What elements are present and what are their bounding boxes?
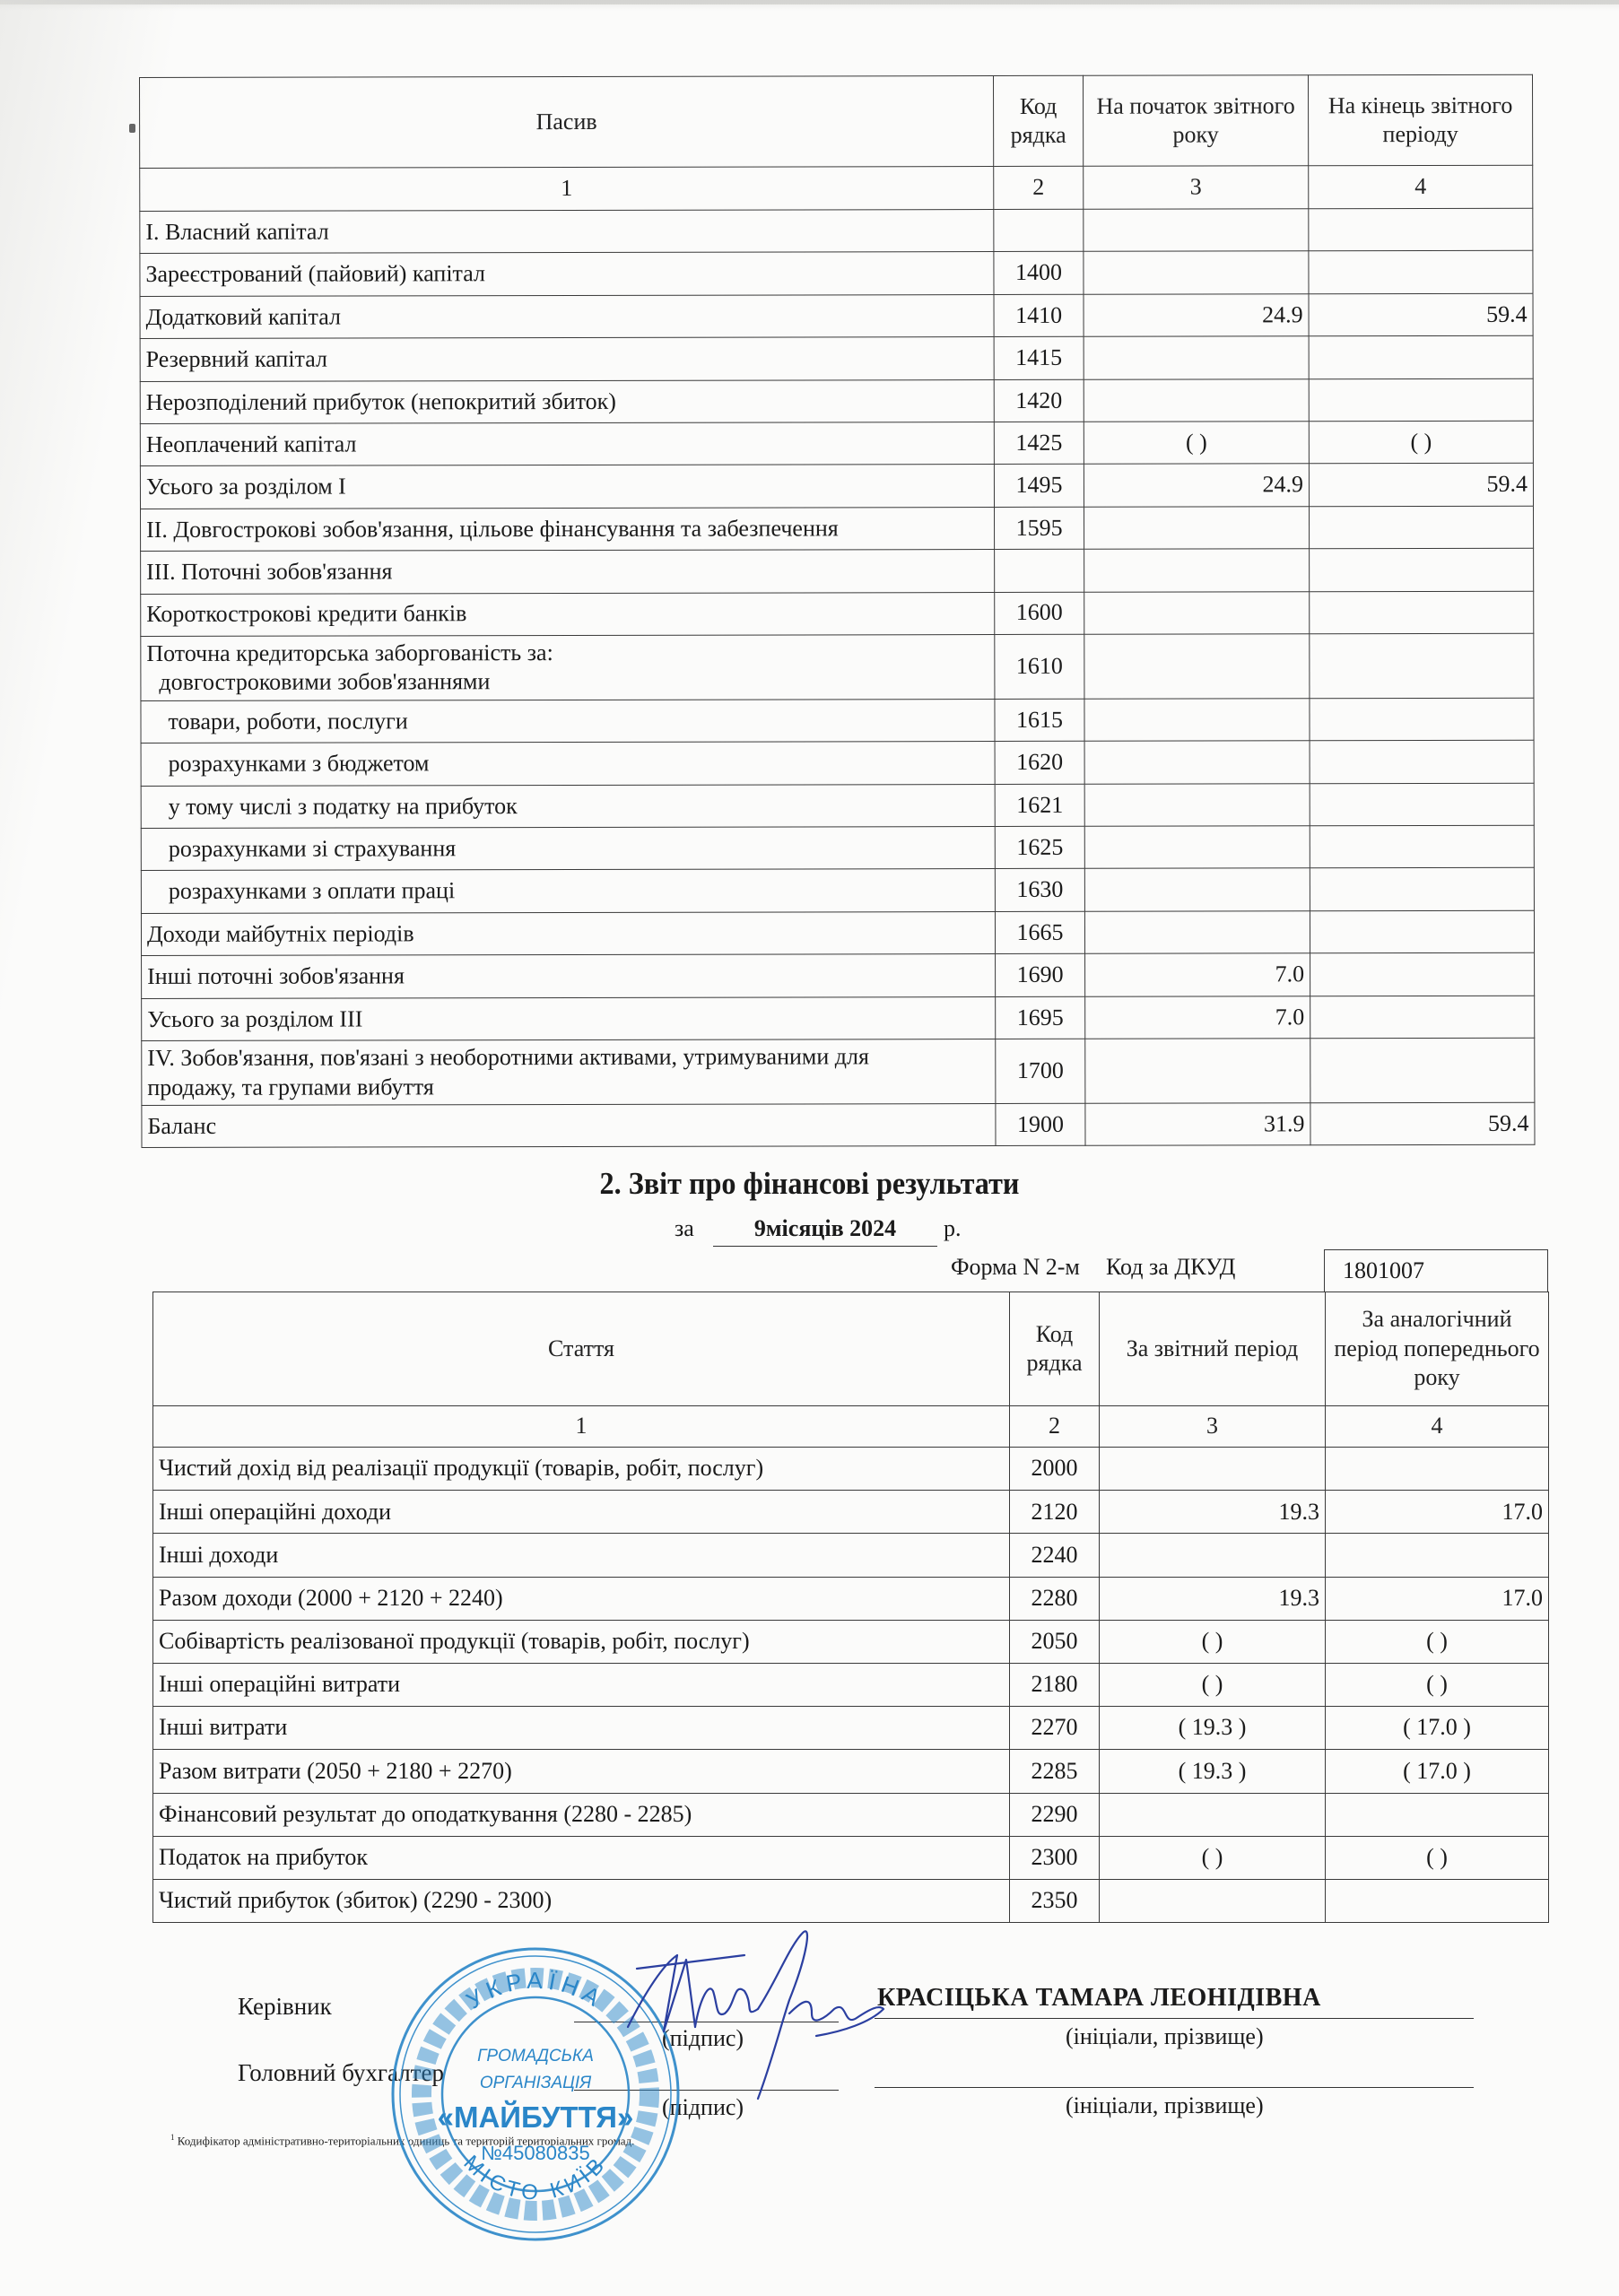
dkud-code: 1801007	[1324, 1249, 1548, 1291]
row-name: Баланс	[142, 1104, 996, 1148]
row-code: 2120	[1010, 1491, 1100, 1534]
table-row: II. Довгострокові зобов'язання, цільове …	[141, 506, 1534, 552]
header-start-of-year: На початок звітного року	[1083, 75, 1308, 167]
table-row: Баланс190031.959.4	[142, 1102, 1535, 1148]
dkud-label: Код за ДКУД	[1106, 1254, 1235, 1281]
director-signature	[610, 1928, 897, 2152]
row-name-text: Усього за розділом III	[147, 1005, 362, 1032]
row-name: IV. Зобов'язання, пов'язані з необоротни…	[142, 1039, 996, 1106]
row-name: Інші операційні витрати	[153, 1663, 1010, 1706]
row-code: 2290	[1010, 1793, 1100, 1836]
row-name: Усього за розділом III	[142, 996, 996, 1040]
form-number: Форма N 2-м	[951, 1254, 1080, 1281]
table-row: Разом витрати (2050 + 2180 + 2270)2285( …	[153, 1750, 1549, 1793]
table-row: Зареєстрований (пайовий) капітал1400	[140, 251, 1533, 297]
value-end-of-period	[1310, 1038, 1535, 1103]
row-name: Разом витрати (2050 + 2180 + 2270)	[153, 1750, 1010, 1793]
row-name-text: Неоплачений капітал	[146, 430, 357, 457]
value-start-of-year	[1084, 783, 1310, 826]
table-row: розрахунками зі страхування1625	[141, 825, 1534, 871]
value-end-of-period	[1309, 251, 1533, 294]
row-code: 1665	[995, 911, 1084, 954]
table-row: Резервний капітал1415	[140, 335, 1533, 381]
stamp-line1: ГРОМАДСЬКА	[477, 2047, 594, 2066]
row-name-text: розрахунками з бюджетом	[169, 751, 430, 778]
row-name: Неоплачений капітал	[140, 422, 994, 465]
row-code: 2300	[1010, 1836, 1100, 1879]
value-previous-year: ( 17.0 )	[1326, 1750, 1549, 1793]
row-code: 2000	[1010, 1448, 1100, 1491]
row-name: Додатковий капітал	[140, 294, 994, 338]
value-end-of-period	[1309, 378, 1533, 422]
value-end-of-period	[1310, 506, 1534, 549]
row-name: розрахунками з оплати праці	[141, 869, 995, 913]
row-code: 1700	[996, 1039, 1085, 1103]
director-name-caption: (ініціали, прізвище)	[1066, 2023, 1264, 2050]
value-end-of-period	[1310, 825, 1534, 868]
table-row: Податок на прибуток2300( )( )	[153, 1836, 1549, 1879]
income-statement-title: 2. Звіт про фінансові результати	[65, 1166, 1554, 1202]
period-value: 9місяців 2024	[713, 1215, 937, 1247]
value-current-period: ( 19.3 )	[1100, 1707, 1326, 1750]
value-end-of-period	[1310, 996, 1535, 1039]
table-row: Інші витрати2270( 19.3 )( 17.0 )	[153, 1707, 1549, 1750]
row-name-text: у тому числі з податку на прибуток	[169, 793, 518, 820]
row-code: 1400	[994, 252, 1084, 295]
value-end-of-period	[1310, 783, 1534, 826]
table-row: Доходи майбутніх періодів1665	[141, 910, 1534, 956]
row-code: 1630	[995, 869, 1084, 912]
row-name-text: Короткострокові кредити банків	[146, 601, 466, 628]
table-row: Нерозподілений прибуток (непокритий збит…	[140, 378, 1533, 424]
row-name: у тому числі з податку на прибуток	[141, 784, 995, 828]
row-name: Інші операційні доходи	[153, 1491, 1010, 1534]
header-end-of-period: На кінець звітного періоду	[1308, 74, 1532, 166]
row-name: товари, роботи, послуги	[141, 699, 995, 743]
row-code: 1410	[994, 294, 1084, 337]
row-name: Собівартість реалізованої продукції (тов…	[153, 1620, 1010, 1663]
value-start-of-year	[1084, 378, 1309, 422]
row-name-text: Доходи майбутніх періодів	[147, 920, 414, 947]
row-code: 2180	[1010, 1663, 1100, 1706]
column-number: 4	[1309, 165, 1533, 209]
row-name: Усього за розділом I	[140, 465, 994, 509]
table-row: Усього за розділом I149524.959.4	[140, 464, 1533, 509]
value-end-of-period	[1310, 952, 1535, 996]
header-current-period: За звітний період	[1100, 1292, 1326, 1406]
table-row: Короткострокові кредити банків1600	[141, 591, 1534, 637]
value-current-period: ( )	[1100, 1663, 1326, 1706]
row-name: Чистий дохід від реалізації продукції (т…	[153, 1448, 1010, 1491]
value-end-of-period: 59.4	[1309, 293, 1533, 336]
table-row: товари, роботи, послуги1615	[141, 698, 1534, 744]
row-name-text: Усього за розділом I	[146, 474, 346, 500]
header-previous-year-period: За аналогічний період попереднього року	[1326, 1292, 1549, 1406]
row-name-text: Баланс	[147, 1113, 216, 1139]
balance-liabilities-table: Пасив Код рядка На початок звітного року…	[139, 74, 1535, 1149]
value-previous-year: ( )	[1326, 1663, 1549, 1706]
row-name: Зареєстрований (пайовий) капітал	[140, 252, 994, 296]
stamp-org-name: «МАЙБУТТЯ»	[438, 2100, 634, 2134]
value-previous-year	[1326, 1879, 1549, 1922]
row-code: 1495	[994, 465, 1084, 508]
value-previous-year: 17.0	[1326, 1491, 1549, 1534]
value-current-period	[1100, 1448, 1326, 1491]
row-code: 1425	[994, 422, 1084, 465]
value-end-of-period	[1309, 208, 1533, 251]
row-name: Поточна кредиторська заборгованість за:д…	[141, 634, 995, 700]
table-row: Чистий прибуток (збиток) (2290 - 2300)23…	[153, 1879, 1549, 1922]
column-number: 2	[1010, 1406, 1100, 1448]
row-name-text: II. Довгострокові зобов'язання, цільове …	[146, 515, 839, 543]
row-name: Податок на прибуток	[153, 1836, 1010, 1879]
table-row: III. Поточні зобов'язання	[141, 548, 1534, 594]
table-row: Чистий дохід від реалізації продукції (т…	[153, 1448, 1549, 1491]
row-code: 1615	[995, 699, 1084, 742]
row-name: Чистий прибуток (збиток) (2290 - 2300)	[153, 1879, 1010, 1922]
column-number: 3	[1084, 166, 1309, 210]
row-code: 1625	[995, 826, 1084, 869]
row-name: Фінансовий результат до оподаткування (2…	[153, 1793, 1010, 1836]
stamp-number: №45080835	[481, 2142, 589, 2164]
value-previous-year	[1326, 1448, 1549, 1491]
column-number: 3	[1100, 1406, 1326, 1448]
value-start-of-year	[1084, 209, 1309, 252]
row-name: Інші поточні зобов'язання	[142, 954, 996, 998]
stamp-line2: ОРГАНІЗАЦІЯ	[480, 2074, 591, 2092]
row-code: 1600	[995, 592, 1084, 635]
row-name-continuation: довгостроковими зобов'язаннями	[146, 669, 490, 696]
value-current-period: ( )	[1100, 1620, 1326, 1663]
header-row-code: Код рядка	[1010, 1292, 1100, 1406]
table-row: Собівартість реалізованої продукції (тов…	[153, 1620, 1549, 1663]
value-current-period: ( )	[1100, 1836, 1326, 1879]
value-start-of-year: 7.0	[1085, 996, 1310, 1039]
value-previous-year	[1326, 1534, 1549, 1577]
table-row: Поточна кредиторська заборгованість за:д…	[141, 633, 1534, 700]
director-name-line	[875, 2018, 1474, 2019]
value-start-of-year: 24.9	[1084, 294, 1309, 337]
value-end-of-period	[1310, 741, 1534, 784]
value-start-of-year	[1084, 741, 1310, 784]
header-liabilities: Пасив	[140, 76, 994, 169]
value-start-of-year: 31.9	[1085, 1103, 1310, 1146]
table-row: Інші операційні доходи212019.317.0	[153, 1491, 1549, 1534]
column-number: 4	[1326, 1406, 1549, 1448]
value-start-of-year	[1084, 251, 1309, 294]
scan-top-edge	[0, 0, 1619, 4]
table-row: Інші поточні зобов'язання16907.0	[142, 952, 1535, 998]
table-row: Інші операційні витрати2180( )( )	[153, 1663, 1549, 1706]
value-start-of-year	[1084, 634, 1310, 700]
director-name: КРАСІЦЬКА ТАМАРА ЛЕОНІДІВНА	[877, 1984, 1321, 2013]
row-code: 1610	[995, 634, 1084, 699]
value-start-of-year	[1085, 1039, 1310, 1104]
value-current-period	[1100, 1879, 1326, 1922]
period-prefix: за	[675, 1215, 694, 1242]
row-name-text: Зареєстрований (пайовий) капітал	[145, 261, 485, 288]
table-row: розрахунками з бюджетом1620	[141, 741, 1534, 787]
row-name-text: I. Власний капітал	[145, 218, 328, 244]
table-row: розрахунками з оплати праці1630	[141, 868, 1534, 914]
row-name: Разом доходи (2000 + 2120 + 2240)	[153, 1577, 1010, 1620]
row-code: 1415	[994, 336, 1084, 379]
row-name-text: III. Поточні зобов'язання	[146, 558, 392, 585]
row-name: Доходи майбутніх періодів	[141, 911, 995, 955]
row-name-text: розрахунками з оплати праці	[169, 878, 455, 905]
row-name-text: Додатковий капітал	[146, 303, 341, 329]
row-name: розрахунками зі страхування	[141, 827, 995, 871]
row-name-text: Резервний капітал	[146, 346, 327, 372]
value-end-of-period	[1310, 633, 1534, 699]
row-code: 1695	[996, 996, 1085, 1039]
table-row: Неоплачений капітал1425( )( )	[140, 421, 1533, 466]
table-row: I. Власний капітал	[140, 208, 1533, 254]
row-code: 1420	[994, 379, 1084, 422]
row-name: Нерозподілений прибуток (непокритий збит…	[140, 379, 994, 423]
row-name: Інші доходи	[153, 1534, 1010, 1577]
row-code: 2350	[1010, 1879, 1100, 1922]
income-statement-table: Стаття Код рядка За звітний період За ан…	[152, 1291, 1549, 1923]
value-end-of-period	[1310, 910, 1534, 953]
row-code: 2270	[1010, 1707, 1100, 1750]
value-previous-year: ( )	[1326, 1620, 1549, 1663]
value-previous-year: 17.0	[1326, 1577, 1549, 1620]
row-name: I. Власний капітал	[140, 210, 994, 254]
row-code: 2050	[1010, 1620, 1100, 1663]
accountant-name-line	[875, 2087, 1474, 2088]
value-start-of-year	[1084, 699, 1310, 742]
row-name-text: Поточна кредиторська заборгованість за:	[146, 639, 553, 666]
stamp-top-text: УКРАЇНА	[461, 1967, 609, 2014]
value-start-of-year	[1084, 507, 1310, 550]
period-suffix: р.	[944, 1215, 962, 1242]
row-name-text: товари, роботи, послуги	[168, 708, 407, 735]
row-code: 1900	[996, 1103, 1085, 1146]
table-header-row: Пасив Код рядка На початок звітного року…	[140, 74, 1533, 168]
row-code: 2285	[1010, 1750, 1100, 1793]
director-label: Керівник	[238, 1993, 332, 2021]
value-end-of-period	[1310, 868, 1534, 911]
row-name: Короткострокові кредити банків	[141, 592, 995, 636]
value-start-of-year	[1084, 911, 1310, 954]
value-end-of-period	[1310, 548, 1534, 591]
row-name: III. Поточні зобов'язання	[141, 550, 995, 594]
table-row: IV. Зобов'язання, пов'язані з необоротни…	[142, 1038, 1535, 1105]
value-end-of-period	[1310, 698, 1534, 741]
row-code: 1595	[995, 507, 1084, 550]
value-previous-year: ( )	[1326, 1836, 1549, 1879]
table-row: у тому числі з податку на прибуток1621	[141, 783, 1534, 829]
value-end-of-period: 59.4	[1310, 1102, 1535, 1145]
row-name: Резервний капітал	[140, 337, 994, 381]
row-code: 1620	[995, 742, 1084, 785]
row-name-continuation: продажу, та групами вибуття	[147, 1074, 433, 1100]
row-name: розрахунками з бюджетом	[141, 742, 995, 786]
value-previous-year: ( 17.0 )	[1326, 1707, 1549, 1750]
value-current-period: ( 19.3 )	[1100, 1750, 1326, 1793]
row-code	[995, 549, 1084, 592]
row-code: 2280	[1010, 1577, 1100, 1620]
table-row: Додатковий капітал141024.959.4	[140, 293, 1533, 339]
value-start-of-year	[1084, 549, 1310, 592]
row-code: 1621	[995, 784, 1084, 827]
row-name-text: розрахунками зі страхування	[169, 835, 456, 862]
table-header-row: Стаття Код рядка За звітний період За ан…	[153, 1292, 1549, 1406]
row-name-text: Нерозподілений прибуток (непокритий збит…	[146, 387, 616, 414]
value-current-period: 19.3	[1100, 1491, 1326, 1534]
table-row: Інші доходи2240	[153, 1534, 1549, 1577]
column-number: 1	[140, 167, 994, 212]
value-current-period: 19.3	[1100, 1577, 1326, 1620]
value-end-of-period: ( )	[1309, 421, 1533, 464]
value-start-of-year: 24.9	[1084, 464, 1309, 507]
value-start-of-year: ( )	[1084, 422, 1309, 465]
row-code: 1690	[996, 954, 1085, 997]
row-code: 2240	[1010, 1534, 1100, 1577]
value-end-of-period	[1309, 335, 1533, 378]
row-name-text: Інші поточні зобов'язання	[147, 963, 405, 990]
value-previous-year	[1326, 1793, 1549, 1836]
value-current-period	[1100, 1534, 1326, 1577]
value-current-period	[1100, 1793, 1326, 1836]
value-end-of-period: 59.4	[1309, 464, 1533, 507]
value-start-of-year	[1084, 336, 1309, 379]
value-start-of-year: 7.0	[1085, 953, 1310, 996]
row-name-text: IV. Зобов'язання, пов'язані з необоротни…	[147, 1043, 869, 1071]
value-start-of-year	[1084, 826, 1310, 869]
value-start-of-year	[1084, 868, 1310, 911]
table-row: Фінансовий результат до оподаткування (2…	[153, 1793, 1549, 1836]
accountant-name-caption: (ініціали, прізвище)	[1066, 2092, 1264, 2119]
value-end-of-period	[1310, 591, 1534, 634]
table-row: Разом доходи (2000 + 2120 + 2240)228019.…	[153, 1577, 1549, 1620]
footnote-marker: 1	[170, 2133, 175, 2142]
column-number: 2	[994, 166, 1084, 209]
value-start-of-year	[1084, 591, 1310, 634]
scan-mark	[129, 124, 135, 133]
column-number: 1	[153, 1406, 1010, 1448]
row-name: II. Довгострокові зобов'язання, цільове …	[141, 507, 995, 551]
period-line: за 9місяців 2024 р.	[0, 1215, 1619, 1251]
column-number-row: 1 2 3 4	[153, 1406, 1549, 1448]
row-name: Інші витрати	[153, 1707, 1010, 1750]
row-code	[994, 209, 1084, 252]
header-article: Стаття	[153, 1292, 1010, 1406]
table-row: Усього за розділом III16957.0	[142, 996, 1535, 1041]
column-number-row: 1 2 3 4	[140, 165, 1533, 211]
header-row-code: Код рядка	[993, 75, 1083, 166]
